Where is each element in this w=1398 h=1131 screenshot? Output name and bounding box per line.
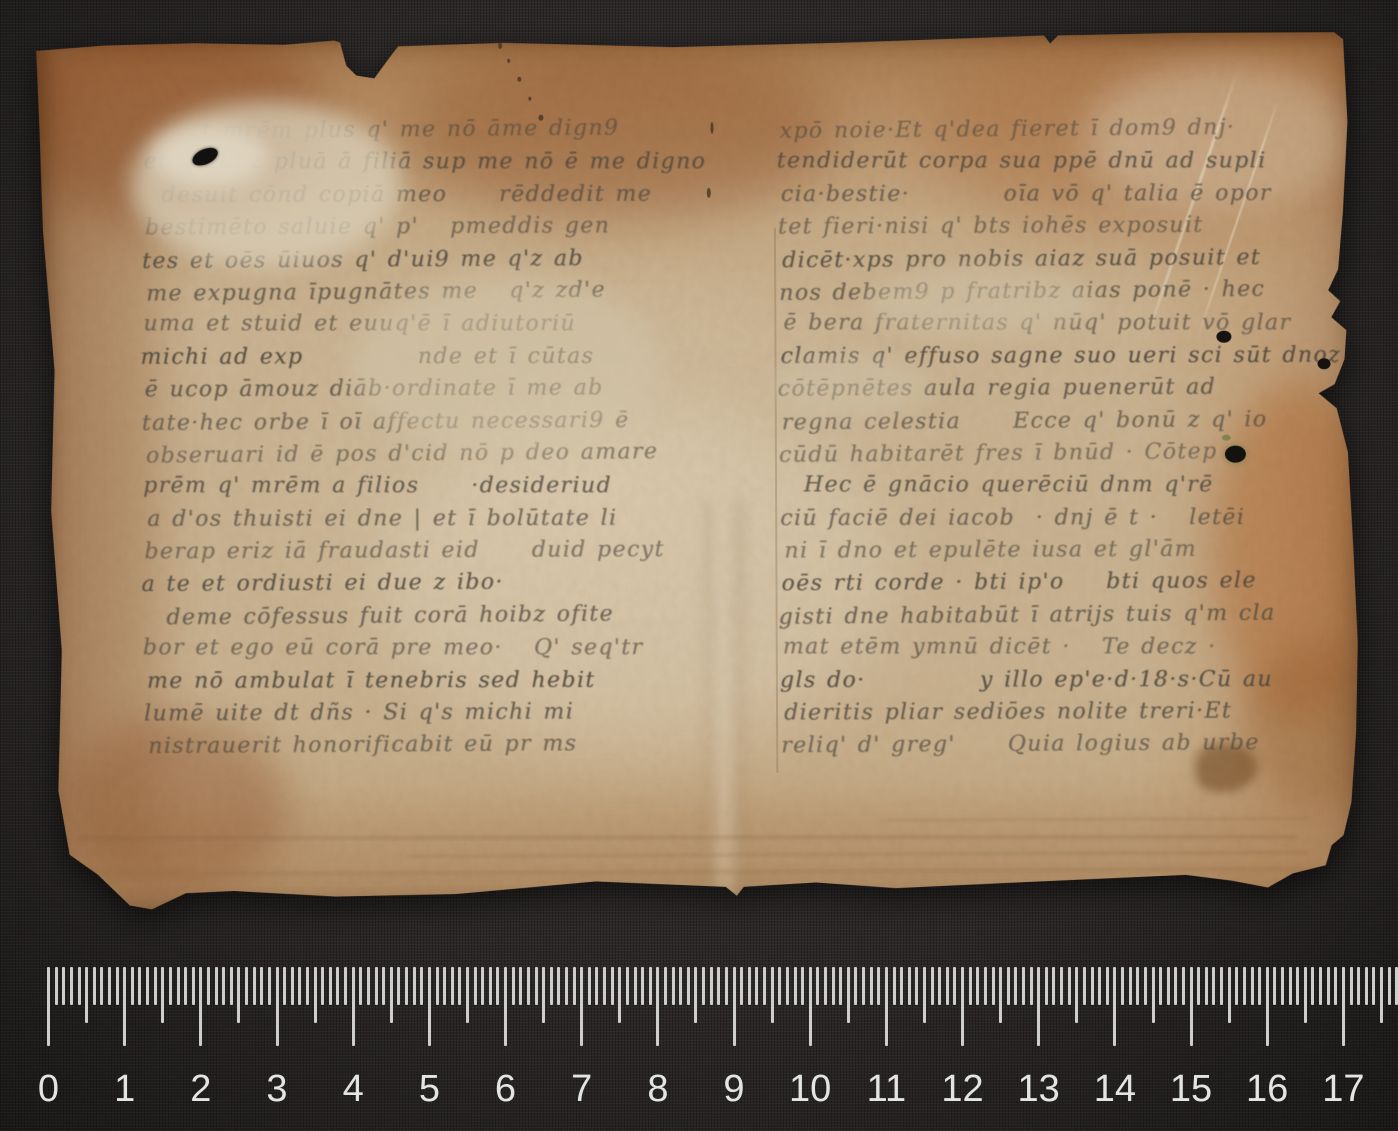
- ruler-tick: [1190, 967, 1193, 1046]
- ruler-tick: [1266, 967, 1269, 1046]
- ruler-tick: [588, 967, 591, 1005]
- ruler-tick: [778, 967, 781, 1005]
- ruler-tick: [1342, 967, 1345, 1046]
- ruler-tick: [763, 967, 766, 1005]
- ruler-tick: [877, 967, 880, 1005]
- ruler-tick: [733, 967, 736, 1046]
- ruler-tick: [1022, 967, 1025, 1005]
- ruler-tick: [595, 967, 598, 1005]
- ruler-tick: [382, 967, 385, 1005]
- ruler-tick: [329, 967, 332, 1005]
- ruler-tick: [694, 967, 697, 1023]
- ruler-tick: [809, 967, 812, 1046]
- ruler-tick: [1281, 967, 1284, 1005]
- ruler-tick: [436, 967, 439, 1005]
- ruler-tick: [1182, 967, 1185, 1005]
- ruler-tick: [1235, 967, 1238, 1005]
- ruler-tick: [466, 967, 469, 1023]
- ruler-tick: [1121, 967, 1124, 1005]
- ruler-tick: [1144, 967, 1147, 1005]
- ruler-tick: [405, 967, 408, 1005]
- ruler-tick: [451, 967, 454, 1005]
- ruler-tick: [984, 967, 987, 1005]
- ruler-tick: [1007, 967, 1010, 1005]
- ruler-tick: [717, 967, 720, 1005]
- ruler-tick: [634, 967, 637, 1005]
- ruler-tick: [1357, 967, 1360, 1005]
- ruler-tick: [1273, 967, 1276, 1005]
- ruler-tick: [1098, 967, 1101, 1005]
- photograph-stage: t mrēm plus q' me nō āme dign9et q' d'bz…: [0, 0, 1398, 1131]
- ruler-tick: [1372, 967, 1375, 1005]
- ruler-tick: [1037, 967, 1040, 1046]
- ruler-number: 3: [266, 1068, 287, 1111]
- ruler-tick: [908, 967, 911, 1005]
- ruler-tick: [268, 967, 271, 1005]
- ruler-tick: [626, 967, 629, 1005]
- ruler-tick: [237, 967, 240, 1023]
- ruler-tick: [154, 967, 157, 1005]
- ruler-tick: [672, 967, 675, 1005]
- ruler-tick: [359, 967, 362, 1005]
- ruler-tick: [550, 967, 553, 1005]
- ruler-number: 17: [1322, 1068, 1364, 1111]
- ruler-tick: [489, 967, 492, 1005]
- ruler-tick: [786, 967, 789, 1005]
- ruler-tick: [847, 967, 850, 1023]
- ruler-tick: [1129, 967, 1132, 1005]
- ruler-tick: [931, 967, 934, 1005]
- ruler-tick: [184, 967, 187, 1005]
- ruler-tick: [199, 967, 202, 1046]
- ruler-tick: [245, 967, 248, 1005]
- ruler-tick: [1212, 967, 1215, 1005]
- ruler-number: 1: [114, 1068, 135, 1111]
- ruler-tick: [862, 967, 865, 1005]
- ruler-tick: [336, 967, 339, 1005]
- ruler-tick: [527, 967, 530, 1005]
- ruler-tick: [314, 967, 317, 1023]
- scale-ruler: 01234567891011121314151617: [0, 0, 1398, 1131]
- ruler-tick: [230, 967, 233, 1005]
- ruler-tick: [885, 967, 888, 1046]
- ruler-tick: [1296, 967, 1299, 1005]
- ruler-tick: [1045, 967, 1048, 1005]
- ruler-tick: [557, 967, 560, 1005]
- ruler-tick: [85, 967, 88, 1023]
- ruler-number: 0: [38, 1068, 59, 1111]
- ruler-tick: [710, 967, 713, 1005]
- ruler-tick: [1106, 967, 1109, 1005]
- ruler-number: 2: [190, 1068, 211, 1111]
- ruler-tick: [78, 967, 81, 1005]
- ruler-tick: [298, 967, 301, 1005]
- ruler-tick: [565, 967, 568, 1005]
- ruler-tick: [1334, 967, 1337, 1005]
- ruler-tick: [413, 967, 416, 1005]
- ruler-tick: [1220, 967, 1223, 1005]
- ruler-tick: [428, 967, 431, 1046]
- ruler-tick: [1174, 967, 1177, 1005]
- ruler-tick: [504, 967, 507, 1046]
- ruler-tick: [474, 967, 477, 1005]
- ruler-tick: [580, 967, 583, 1046]
- ruler-tick: [1091, 967, 1094, 1005]
- ruler-number: 4: [343, 1068, 364, 1111]
- ruler-number: 13: [1018, 1068, 1060, 1111]
- ruler-tick: [192, 967, 195, 1005]
- ruler-tick: [397, 967, 400, 1005]
- ruler-tick: [1311, 967, 1314, 1005]
- ruler-tick: [900, 967, 903, 1005]
- ruler-tick: [100, 967, 103, 1005]
- ruler-number: 16: [1246, 1068, 1288, 1111]
- ruler-tick: [923, 967, 926, 1023]
- ruler-tick: [47, 967, 50, 1046]
- ruler-tick: [679, 967, 682, 1005]
- ruler-tick: [1380, 967, 1383, 1023]
- ruler-tick: [824, 967, 827, 1005]
- ruler-tick: [108, 967, 111, 1005]
- ruler-tick: [512, 967, 515, 1005]
- ruler-tick: [1068, 967, 1071, 1005]
- ruler-tick: [1030, 967, 1033, 1005]
- ruler-tick: [1228, 967, 1231, 1023]
- ruler-tick: [458, 967, 461, 1005]
- ruler-tick: [1075, 967, 1078, 1023]
- ruler-tick: [969, 967, 972, 1005]
- ruler-tick: [953, 967, 956, 1005]
- ruler-tick: [93, 967, 96, 1005]
- ruler-number: 6: [495, 1068, 516, 1111]
- ruler-tick: [618, 967, 621, 1023]
- ruler-tick: [169, 967, 172, 1005]
- ruler-tick: [1060, 967, 1063, 1005]
- ruler-number: 15: [1170, 1068, 1212, 1111]
- ruler-number: 8: [647, 1068, 668, 1111]
- ruler-number: 9: [723, 1068, 744, 1111]
- ruler-tick: [1251, 967, 1254, 1005]
- ruler-number: 12: [941, 1068, 983, 1111]
- ruler-number: 11: [867, 1068, 906, 1111]
- ruler-tick: [215, 967, 218, 1005]
- ruler-tick: [177, 967, 180, 1005]
- ruler-tick: [740, 967, 743, 1005]
- ruler-tick: [611, 967, 614, 1005]
- ruler-tick: [1197, 967, 1200, 1005]
- ruler-tick: [62, 967, 65, 1005]
- ruler-tick: [1289, 967, 1292, 1005]
- ruler-tick: [961, 967, 964, 1046]
- ruler-tick: [291, 967, 294, 1005]
- ruler-tick: [161, 967, 164, 1023]
- ruler-tick: [1083, 967, 1086, 1005]
- ruler-tick: [1152, 967, 1155, 1023]
- ruler-tick: [367, 967, 370, 1005]
- ruler-number: 7: [571, 1068, 592, 1111]
- ruler-tick: [1365, 967, 1368, 1005]
- ruler-tick: [1243, 967, 1246, 1005]
- ruler-tick: [1388, 967, 1391, 1005]
- ruler-tick: [771, 967, 774, 1023]
- ruler-tick: [352, 967, 355, 1046]
- ruler-tick: [748, 967, 751, 1005]
- ruler-tick: [542, 967, 545, 1023]
- ruler-tick: [603, 967, 606, 1005]
- ruler-tick: [443, 967, 446, 1005]
- ruler-tick: [138, 967, 141, 1005]
- ruler-tick: [915, 967, 918, 1005]
- ruler-tick: [321, 967, 324, 1005]
- ruler-tick: [260, 967, 263, 1005]
- ruler-tick: [1258, 967, 1261, 1005]
- ruler-number: 14: [1094, 1068, 1136, 1111]
- ruler-tick: [794, 967, 797, 1005]
- ruler-tick: [375, 967, 378, 1005]
- ruler-tick: [344, 967, 347, 1005]
- ruler-tick: [649, 967, 652, 1005]
- ruler-tick: [535, 967, 538, 1005]
- ruler-tick: [725, 967, 728, 1005]
- ruler-tick: [1304, 967, 1307, 1023]
- ruler-tick: [755, 967, 758, 1005]
- ruler-tick: [1319, 967, 1322, 1005]
- ruler-tick: [390, 967, 393, 1023]
- ruler-number: 5: [419, 1068, 440, 1111]
- ruler-tick: [253, 967, 256, 1005]
- ruler-number: 10: [789, 1068, 831, 1111]
- ruler-tick: [70, 967, 73, 1005]
- ruler-tick: [999, 967, 1002, 1023]
- ruler-tick: [702, 967, 705, 1005]
- ruler-tick: [801, 967, 804, 1005]
- ruler-tick: [306, 967, 309, 1005]
- ruler-tick: [1350, 967, 1353, 1005]
- ruler-tick: [946, 967, 949, 1005]
- ruler-tick: [481, 967, 484, 1005]
- ruler-tick: [1136, 967, 1139, 1005]
- ruler-tick: [992, 967, 995, 1005]
- ruler-tick: [276, 967, 279, 1046]
- ruler-tick: [641, 967, 644, 1005]
- ruler-tick: [893, 967, 896, 1005]
- ruler-tick: [1205, 967, 1208, 1005]
- ruler-tick: [854, 967, 857, 1005]
- ruler-tick: [656, 967, 659, 1046]
- ruler-tick: [519, 967, 522, 1005]
- ruler-tick: [496, 967, 499, 1005]
- ruler-tick: [664, 967, 667, 1005]
- ruler-tick: [116, 967, 119, 1005]
- ruler-tick: [816, 967, 819, 1005]
- ruler-tick: [420, 967, 423, 1005]
- ruler-tick: [976, 967, 979, 1005]
- ruler-tick: [1327, 967, 1330, 1005]
- ruler-tick: [839, 967, 842, 1005]
- ruler-tick: [207, 967, 210, 1005]
- ruler-tick: [131, 967, 134, 1005]
- ruler-tick: [870, 967, 873, 1005]
- ruler-tick: [1167, 967, 1170, 1005]
- ruler-tick: [832, 967, 835, 1005]
- ruler-tick: [1014, 967, 1017, 1005]
- ruler-tick: [687, 967, 690, 1005]
- ruler-tick: [283, 967, 286, 1005]
- ruler-tick: [573, 967, 576, 1005]
- ruler-tick: [1159, 967, 1162, 1005]
- ruler-tick: [1113, 967, 1116, 1046]
- ruler-tick: [55, 967, 58, 1005]
- ruler-tick: [123, 967, 126, 1046]
- ruler-tick: [938, 967, 941, 1005]
- ruler-tick: [222, 967, 225, 1005]
- ruler-tick: [146, 967, 149, 1005]
- ruler-tick: [1052, 967, 1055, 1005]
